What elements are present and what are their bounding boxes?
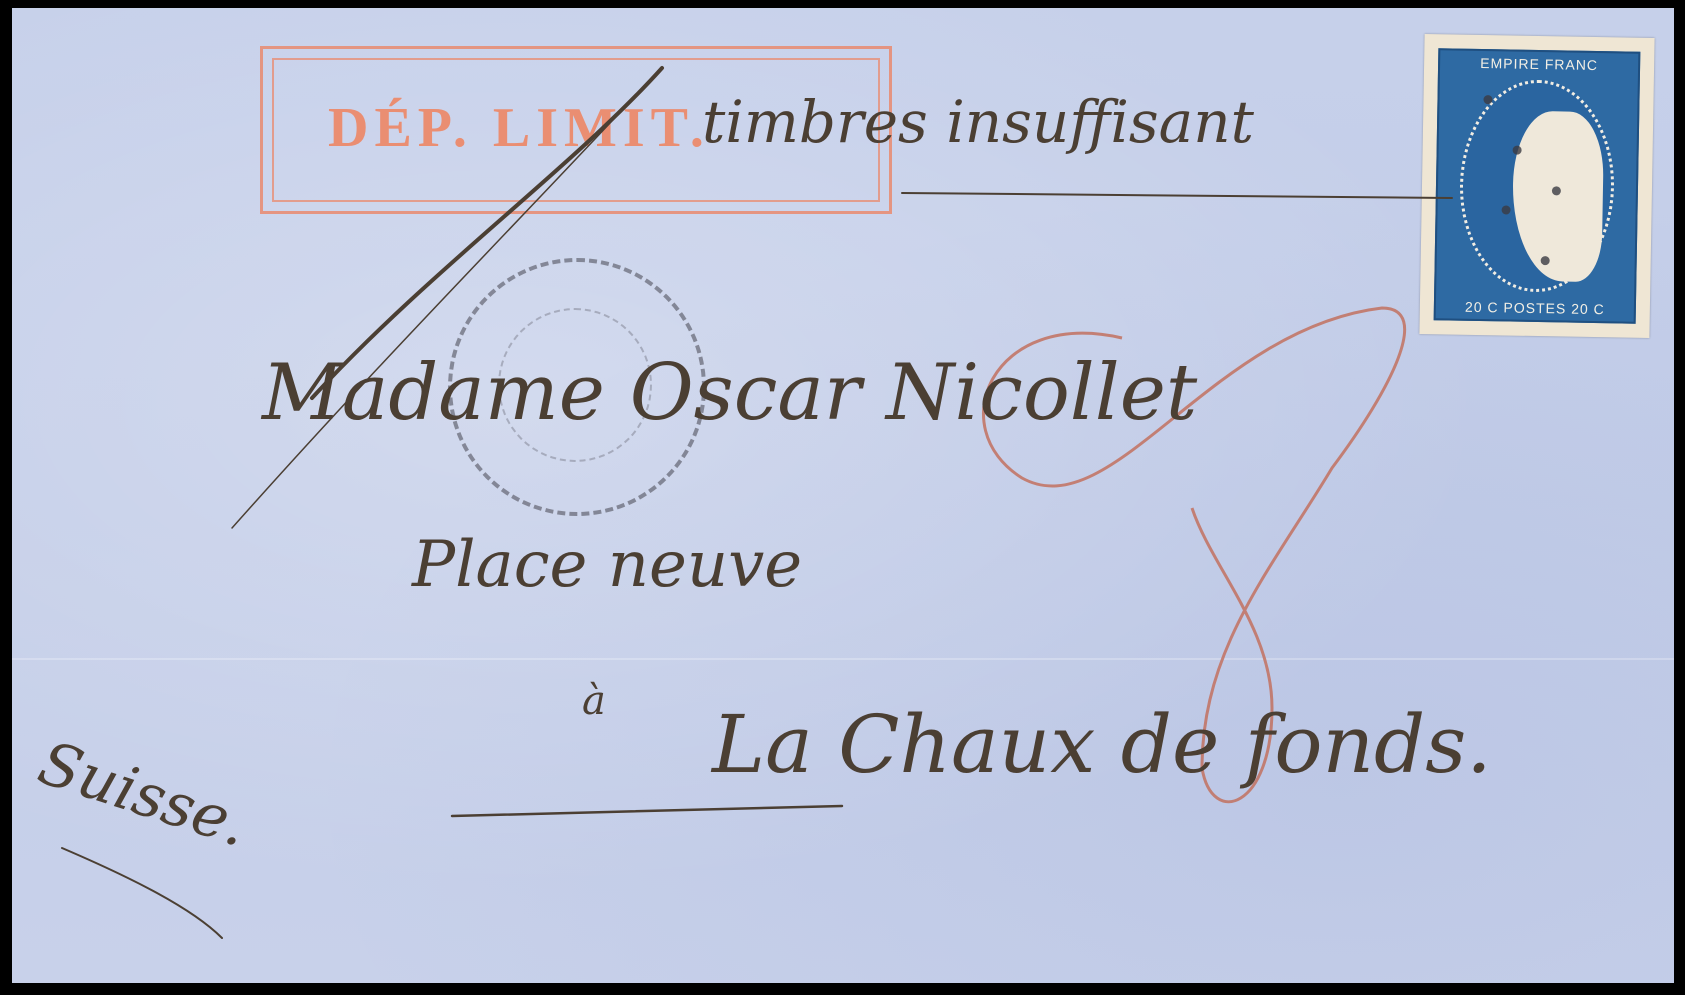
- addressee-name: Madame Oscar Nicollet: [262, 348, 1197, 438]
- annotation-insufficient-postage: timbres insuffisant: [702, 88, 1254, 156]
- address-street: Place neuve: [412, 528, 802, 602]
- postal-cover: DÉP. LIMIT. EMPIRE FRANC 20 C POSTES 20 …: [12, 8, 1674, 983]
- address-city: La Chaux de fonds.: [712, 698, 1492, 791]
- address-preposition: à: [582, 678, 606, 724]
